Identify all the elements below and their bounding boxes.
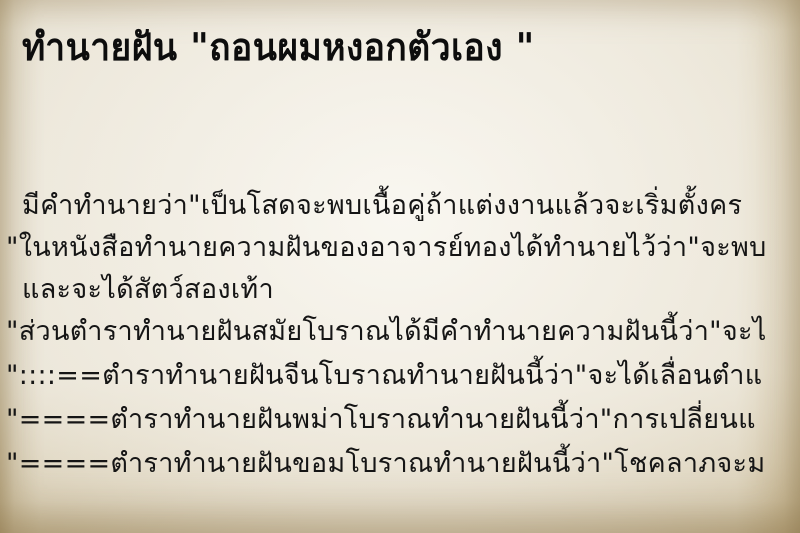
- paragraph-2: "ในหนังสือทำนายความฝันของอาจารย์ทองได้ทำ…: [6, 227, 767, 269]
- paragraph-3: และจะได้สัตว์สองเท้า: [22, 269, 274, 311]
- paragraph-7: "====ตำราทำนายฝันขอมโบราณทำนายฝันนี้ว่า"…: [6, 443, 765, 485]
- paragraph-6: "====ตำราทำนายฝันพม่าโบราณทำนายฝันนี้ว่า…: [6, 399, 756, 441]
- paragraph-1: มีคำทำนายว่า"เป็นโสดจะพบเนื้อคู่ถ้าแต่งง…: [22, 185, 742, 227]
- paragraph-5: "::::==ตำราทำนายฝันจีนโบราณทำนายฝันนี้ว่…: [6, 355, 762, 397]
- page-title: ทำนายฝัน "ถอนผมหงอกตัวเอง ": [22, 16, 535, 77]
- paragraph-4: "ส่วนตำราทำนายฝันสมัยโบราณได้มีคำทำนายคว…: [6, 311, 767, 353]
